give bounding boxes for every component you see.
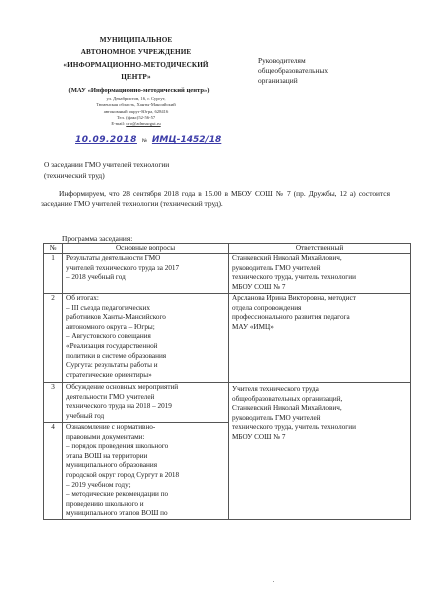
responsible-line: руководитель ГМО учителей — [232, 414, 407, 424]
addressee-line: общеобразовательных — [258, 66, 328, 76]
topic-line: автономного округа – Югры; — [66, 323, 225, 333]
topic-line: муниципального образования — [66, 461, 225, 471]
responsible-line: технического труда, учитель технологии — [232, 273, 407, 283]
topic-line: – III съезда педагогических — [66, 304, 225, 314]
header-responsible: Ответственный — [229, 244, 411, 254]
topic-line: – методические рекомендации по — [66, 490, 225, 500]
topic-line: проведению школьного и — [66, 500, 225, 510]
header-topic: Основные вопросы — [63, 244, 229, 254]
email-line: E-mail: cro@admsurgut.ru — [44, 121, 228, 127]
row-responsible-merged: Учителя технического труда общеобразоват… — [229, 383, 411, 520]
topic-line: – 2018 учебный год — [66, 273, 225, 283]
responsible-line: профессионального развития педагога — [232, 313, 407, 323]
topic-line: Сургута: результаты работы и — [66, 361, 225, 371]
responsible-line: технического труда, учитель технологии — [232, 423, 407, 433]
org-name-line: «ИНФОРМАЦИОННО-МЕТОДИЧЕСКИЙ — [44, 59, 228, 71]
responsible-line: МБОУ СОШ № 7 — [232, 433, 407, 443]
addressee-line: организаций — [258, 76, 328, 86]
row-number: 3 — [44, 383, 63, 423]
topic-line: Об итогах: — [66, 294, 225, 304]
row-responsible: Арсланова Ирина Викторовна, методист отд… — [229, 294, 411, 383]
topic-line: – 2019 учебном году; — [66, 481, 225, 491]
org-name-line: АВТОНОМНОЕ УЧРЕЖДЕНИЕ — [44, 46, 228, 58]
responsible-line: руководитель ГМО учителей — [232, 264, 407, 274]
topic-line: стратегические ориентиры» — [66, 371, 225, 381]
topic-line: этапа ВОШ на территории — [66, 452, 225, 462]
email-link[interactable]: cro@admsurgut.ru — [126, 121, 160, 126]
addressee-line: Руководителям — [258, 56, 328, 66]
subject-line: (технический труд) — [44, 171, 169, 182]
topic-line: муниципального этапов ВОШ по — [66, 509, 225, 519]
org-name-line: МУНИЦИПАЛЬНОЕ — [44, 34, 228, 46]
row-topic: Об итогах: – III съезда педагогических р… — [63, 294, 229, 383]
program-table: № Основные вопросы Ответственный 1 Резул… — [43, 243, 411, 520]
body-paragraph: Информируем, что 28 сентября 2018 года в… — [41, 189, 390, 210]
scan-artifact — [273, 581, 274, 582]
topic-line: городской округ город Сургут в 2018 — [66, 471, 225, 481]
topic-line: работников Ханты-Мансийского — [66, 313, 225, 323]
table-row: 2 Об итогах: – III съезда педагогических… — [44, 294, 411, 383]
topic-line: учителей технического труда за 2017 — [66, 264, 225, 274]
org-name: МУНИЦИПАЛЬНОЕ АВТОНОМНОЕ УЧРЕЖДЕНИЕ «ИНФ… — [44, 34, 228, 83]
letterhead: МУНИЦИПАЛЬНОЕ АВТОНОМНОЕ УЧРЕЖДЕНИЕ «ИНФ… — [44, 34, 228, 128]
subject-line: О заседании ГМО учителей технологии — [44, 160, 169, 171]
topic-line: учебный год — [66, 412, 225, 422]
responsible-line: Арсланова Ирина Викторовна, методист — [232, 294, 407, 304]
row-topic: Ознакомление с нормативно- правовыми док… — [63, 423, 229, 520]
org-short-name: (МАУ «Информационно-методический центр») — [36, 86, 242, 96]
org-name-line: ЦЕНТР» — [44, 71, 228, 83]
responsible-line: Станкевский Николай Михайлович, — [232, 254, 407, 264]
registration-number: ИМЦ-1452/18 — [152, 135, 221, 145]
table-row: 1 Результаты деятельности ГМО учителей т… — [44, 254, 411, 294]
number-sign: № — [142, 138, 147, 144]
table-row: 3 Обсуждение основных мероприятий деятел… — [44, 383, 411, 423]
topic-line: Обсуждение основных мероприятий — [66, 383, 225, 393]
addressee: Руководителям общеобразовательных органи… — [258, 56, 328, 86]
topic-line: – Августовского совещания — [66, 332, 225, 342]
responsible-line: Станкевский Николай Михайлович, — [232, 404, 407, 414]
email-label: E-mail: — [111, 121, 126, 126]
row-responsible: Станкевский Николай Михайлович, руководи… — [229, 254, 411, 294]
row-number: 4 — [44, 423, 63, 520]
table-header-row: № Основные вопросы Ответственный — [44, 244, 411, 254]
topic-line: «Реализация государственной — [66, 342, 225, 352]
topic-line: – порядок проведения школьного — [66, 442, 225, 452]
topic-line: правовыми документами: — [66, 433, 225, 443]
responsible-line: общеобразовательных организаций, — [232, 395, 407, 405]
subject: О заседании ГМО учителей технологии (тех… — [44, 160, 169, 181]
topic-line: политики в системе образования — [66, 352, 225, 362]
topic-line: Ознакомление с нормативно- — [66, 423, 225, 433]
responsible-line: МБОУ СОШ № 7 — [232, 283, 407, 293]
topic-line: Результаты деятельности ГМО — [66, 254, 225, 264]
topic-line: деятельности ГМО учителей — [66, 393, 225, 403]
topic-line: технического труда на 2018 – 2019 — [66, 402, 225, 412]
row-number: 2 — [44, 294, 63, 383]
org-address: ул. Декабристов, 16, г. Сургут, Тюменска… — [44, 96, 228, 127]
row-number: 1 — [44, 254, 63, 294]
row-topic: Результаты деятельности ГМО учителей тех… — [63, 254, 229, 294]
responsible-line: отдела сопровождения — [232, 304, 407, 314]
registration-stamp: 10.09.2018 № ИМЦ-1452/18 — [75, 135, 225, 147]
header-number: № — [44, 244, 63, 254]
registration-date: 10.09.2018 — [75, 135, 137, 145]
responsible-line: Учителя технического труда — [232, 385, 407, 395]
row-topic: Обсуждение основных мероприятий деятельн… — [63, 383, 229, 423]
responsible-line: МАУ «ИМЦ» — [232, 323, 407, 333]
